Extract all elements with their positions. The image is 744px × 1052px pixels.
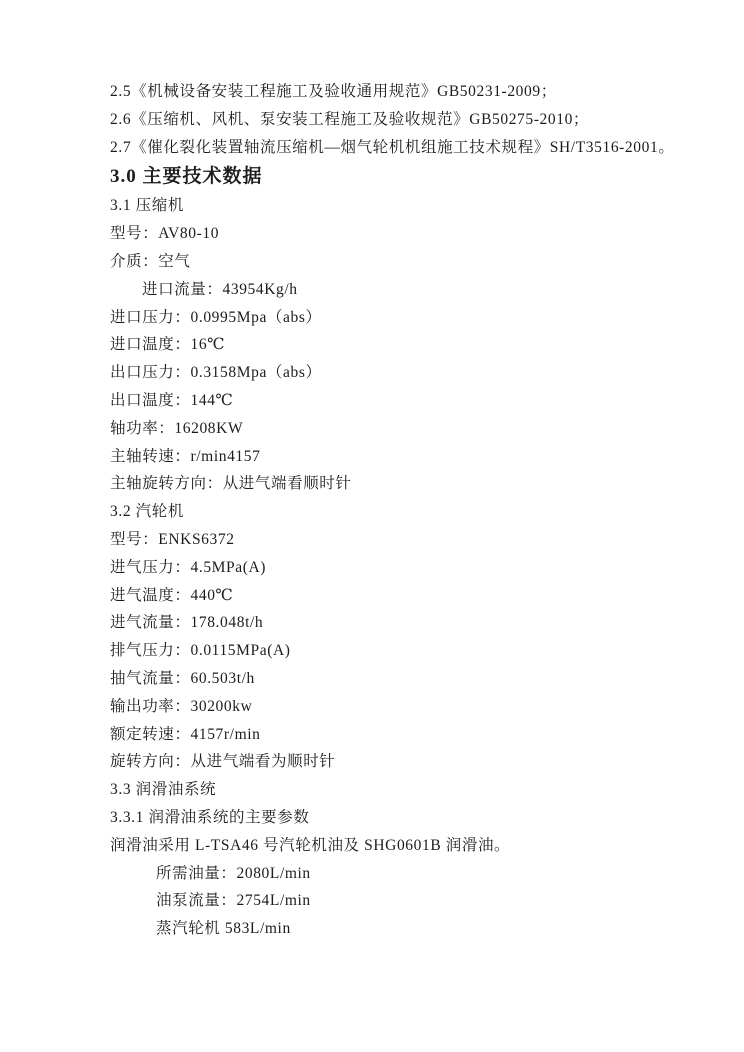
text-line: 进口流量：43954Kg/h — [110, 276, 684, 304]
text-line: 进气温度：440℃ — [110, 582, 684, 610]
text-line: 进气压力：4.5MPa(A) — [110, 554, 684, 582]
text-line: 轴功率：16208KW — [110, 415, 684, 443]
text-line: 排气压力：0.0115MPa(A) — [110, 637, 684, 665]
text-line: 型号：AV80-10 — [110, 220, 684, 248]
section-heading: 3.0 主要技术数据 — [110, 161, 684, 192]
text-line: 进口温度：16℃ — [110, 331, 684, 359]
text-line: 3.2 汽轮机 — [110, 498, 684, 526]
text-line: 3.3.1 润滑油系统的主要参数 — [110, 804, 684, 832]
text-line: 2.7《催化裂化装置轴流压缩机—烟气轮机机组施工技术规程》SH/T3516-20… — [110, 134, 684, 162]
text-line: 输出功率：30200kw — [110, 693, 684, 721]
text-line: 主轴转速：r/min4157 — [110, 443, 684, 471]
text-line: 3.1 压缩机 — [110, 192, 684, 220]
text-line: 所需油量：2080L/min — [110, 860, 684, 888]
text-line: 额定转速：4157r/min — [110, 721, 684, 749]
text-line: 油泵流量：2754L/min — [110, 887, 684, 915]
text-line: 进气流量：178.048t/h — [110, 609, 684, 637]
text-line: 旋转方向：从进气端看为顺时针 — [110, 748, 684, 776]
text-line: 2.6《压缩机、风机、泵安装工程施工及验收规范》GB50275-2010； — [110, 106, 684, 134]
text-line: 出口温度：144℃ — [110, 387, 684, 415]
document-content: 2.5《机械设备安装工程施工及验收通用规范》GB50231-2009；2.6《压… — [110, 78, 684, 943]
text-line: 介质：空气 — [110, 248, 684, 276]
text-line: 抽气流量：60.503t/h — [110, 665, 684, 693]
text-line: 出口压力：0.3158Mpa（abs） — [110, 359, 684, 387]
text-line: 型号：ENKS6372 — [110, 526, 684, 554]
text-line: 润滑油采用 L-TSA46 号汽轮机油及 SHG0601B 润滑油。 — [110, 832, 684, 860]
text-line: 主轴旋转方向：从进气端看顺时针 — [110, 470, 684, 498]
text-line: 进口压力：0.0995Mpa（abs） — [110, 304, 684, 332]
document-page: 2.5《机械设备安装工程施工及验收通用规范》GB50231-2009；2.6《压… — [0, 0, 744, 1052]
text-line: 2.5《机械设备安装工程施工及验收通用规范》GB50231-2009； — [110, 78, 684, 106]
text-line: 3.3 润滑油系统 — [110, 776, 684, 804]
text-line: 蒸汽轮机 583L/min — [110, 915, 684, 943]
